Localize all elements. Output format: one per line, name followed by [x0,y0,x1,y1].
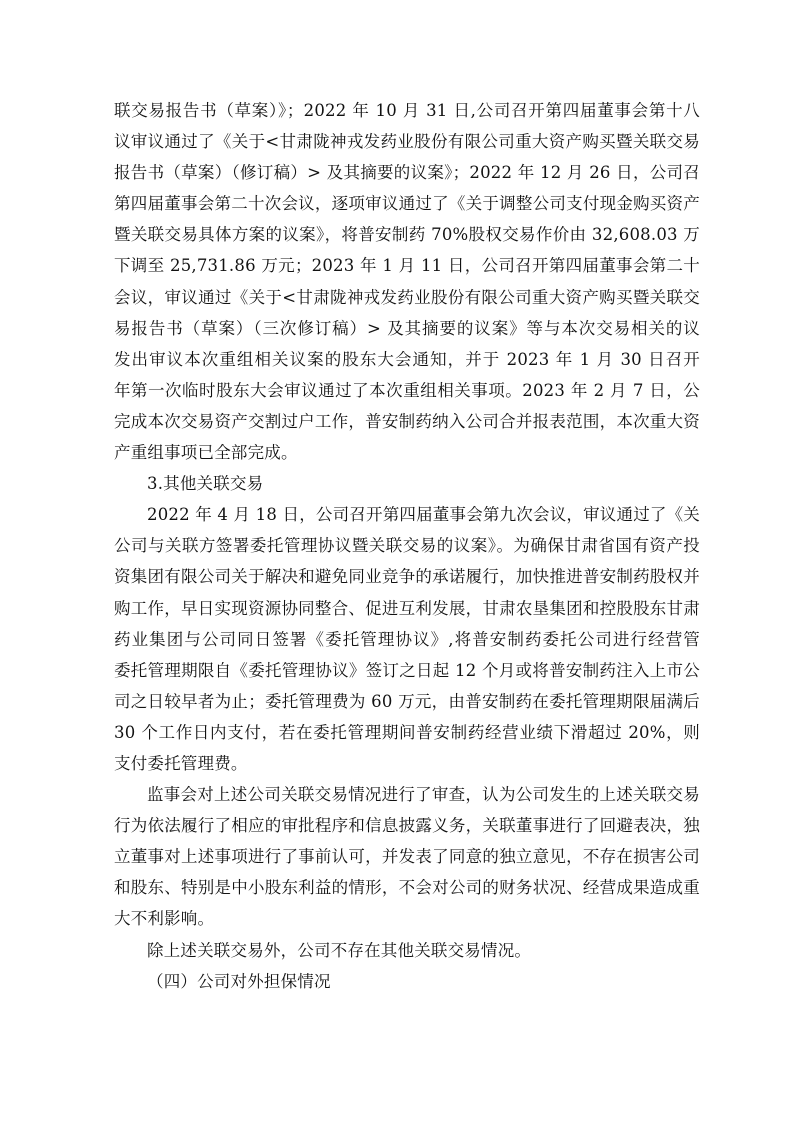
text-line: 药业集团与公司同日签署《委托管理协议》,将普安制药委托公司进行经营管理。 [114,624,700,655]
text-line: 大不利影响。 [114,903,700,934]
text-line: 年第一次临时股东大会审议通过了本次重组相关事项。2023 年 2 月 7 日，公… [114,375,700,406]
document-text-block: 联交易报告书（草案）》；2022 年 10 月 31 日,公司召开第四届董事会第… [114,95,700,997]
text-line: （四）公司对外担保情况 [114,966,700,997]
text-line: 会议，审议通过《关于<甘肃陇神戎发药业股份有限公司重大资产购买暨关联交 [114,282,700,313]
text-line: 支付委托管理费。 [114,748,700,779]
text-line: 公司与关联方签署委托管理协议暨关联交易的议案》。为确保甘肃省国有资产投 [114,530,700,561]
text-line: 暨关联交易具体方案的议案》，将普安制药 70%股权交易作价由 32,608.03… [114,219,700,250]
text-line: 发出审议本次重组相关议案的股东大会通知，并于 2023 年 1 月 30 日召开… [114,344,700,375]
text-line: 除上述关联交易外，公司不存在其他关联交易情况。 [114,935,700,966]
text-line: 和股东、特别是中小股东利益的情形，不会对公司的财务状况、经营成果造成重 [114,872,700,903]
text-line: 报告书（草案）（修订稿）> 及其摘要的议案》；2022 年 12 月 26 日，… [114,157,700,188]
text-line: 行为依法履行了相应的审批程序和信息披露义务，关联董事进行了回避表决，独 [114,810,700,841]
text-line: 监事会对上述公司关联交易情况进行了审查，认为公司发生的上述关联交易 [114,779,700,810]
text-line: 资集团有限公司关于解决和避免同业竞争的承诺履行，加快推进普安制药股权并 [114,561,700,592]
text-line: 完成本次交易资产交割过户工作，普安制药纳入公司合并报表范围，本次重大资 [114,406,700,437]
text-line: 易报告书（草案）（三次修订稿）> 及其摘要的议案》等与本次交易相关的议案， [114,313,700,344]
text-line: 司之日较早者为止；委托管理费为 60 万元，由普安制药在委托管理期限届满后 [114,686,700,717]
text-line: 下调至 25,731.86 万元；2023 年 1 月 11 日，公司召开第四届… [114,250,700,281]
text-line: 购工作，早日实现资源协同整合、促进互利发展，甘肃农垦集团和控股股东甘肃 [114,593,700,624]
text-line: 30 个工作日内支付，若在委托管理期间普安制药经营业绩下滑超过 20%，则不再 [114,717,700,748]
text-line: 2022 年 4 月 18 日，公司召开第四届董事会第九次会议，审议通过了《关于 [114,499,700,530]
text-line: 第四届董事会第二十次会议，逐项审议通过了《关于调整公司支付现金购买资产 [114,188,700,219]
text-line: 委托管理期限自《委托管理协议》签订之日起 12 个月或将普安制药注入上市公 [114,655,700,686]
text-line: 产重组事项已全部完成。 [114,437,700,468]
text-line: 联交易报告书（草案）》；2022 年 10 月 31 日,公司召开第四届董事会第… [114,95,700,126]
text-line: 议审议通过了《关于<甘肃陇神戎发药业股份有限公司重大资产购买暨关联交易 [114,126,700,157]
text-line: 3.其他关联交易 [114,468,700,499]
document-page: 联交易报告书（草案）》；2022 年 10 月 31 日,公司召开第四届董事会第… [0,0,793,1122]
text-line: 立董事对上述事项进行了事前认可，并发表了同意的独立意见，不存在损害公司 [114,841,700,872]
